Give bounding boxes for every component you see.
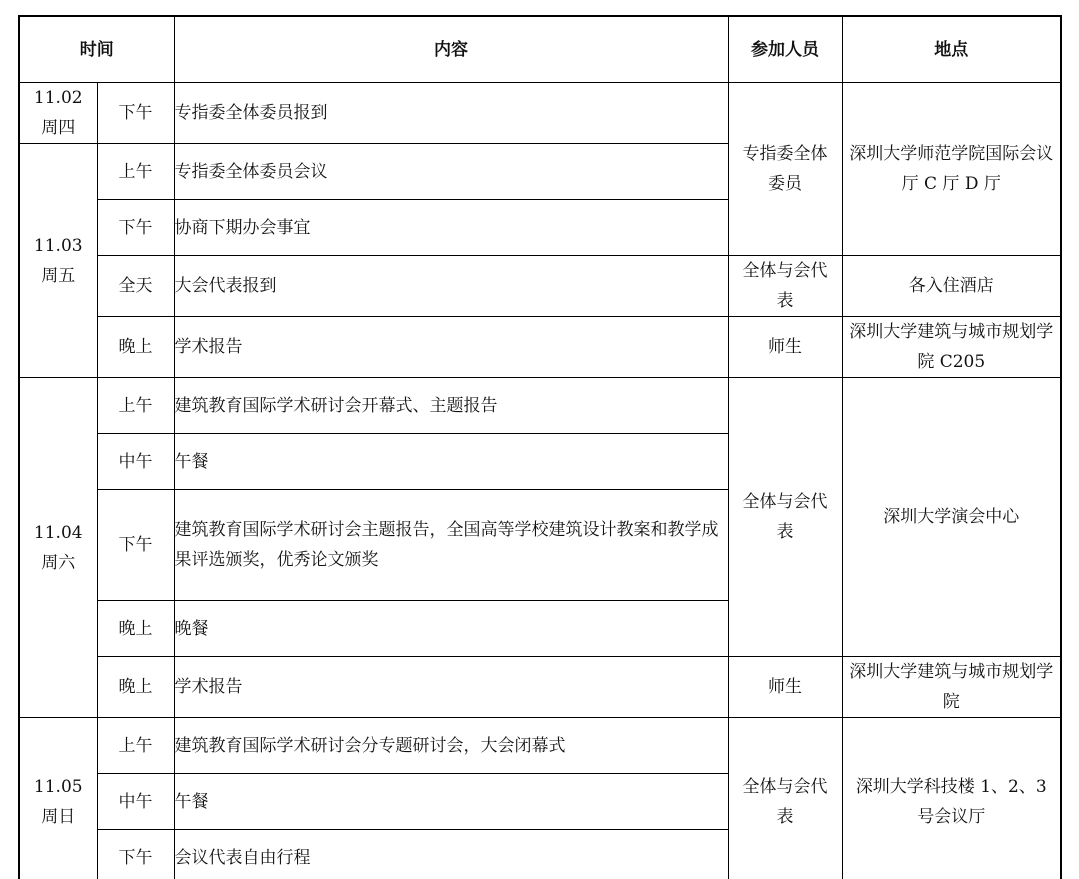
header-row: 时间 内容 参加人员 地点 xyxy=(19,16,1061,83)
participants-cell: 师生 xyxy=(728,657,842,718)
participants-cell: 全体与会代表 xyxy=(728,256,842,317)
content-cell: 建筑教育国际学术研讨会开幕式、主题报告 xyxy=(174,378,728,434)
period-cell: 下午 xyxy=(97,200,174,256)
period-cell: 下午 xyxy=(97,490,174,601)
date-cell: 11.02周四 xyxy=(19,83,97,144)
header-participants: 参加人员 xyxy=(728,16,842,83)
period-cell: 晚上 xyxy=(97,317,174,378)
content-cell: 建筑教育国际学术研讨会主题报告，全国高等学校建筑设计教案和教学成果评选颁奖，优秀… xyxy=(174,490,728,601)
location-cell: 深圳大学演会中心 xyxy=(842,378,1061,657)
date-cell: 11.03周五 xyxy=(19,144,97,378)
table-row: 11.05周日 上午 建筑教育国际学术研讨会分专题研讨会，大会闭幕式 全体与会代… xyxy=(19,718,1061,774)
content-cell: 会议代表自由行程 xyxy=(174,830,728,879)
content-cell: 大会代表报到 xyxy=(174,256,728,317)
content-cell: 建筑教育国际学术研讨会分专题研讨会，大会闭幕式 xyxy=(174,718,728,774)
content-cell: 专指委全体委员会议 xyxy=(174,144,728,200)
header-time: 时间 xyxy=(19,16,174,83)
content-cell: 学术报告 xyxy=(174,657,728,718)
header-content: 内容 xyxy=(174,16,728,83)
location-cell: 深圳大学建筑与城市规划学院 C205 xyxy=(842,317,1061,378)
content-cell: 学术报告 xyxy=(174,317,728,378)
schedule-table: 时间 内容 参加人员 地点 11.02周四 下午 专指委全体委员报到 专指委全体… xyxy=(18,15,1062,879)
period-cell: 全天 xyxy=(97,256,174,317)
date-cell: 11.04周六 xyxy=(19,378,97,718)
location-cell: 深圳大学科技楼 1、2、3 号会议厅 xyxy=(842,718,1061,879)
table-row: 11.04周六 上午 建筑教育国际学术研讨会开幕式、主题报告 全体与会代表 深圳… xyxy=(19,378,1061,434)
participants-cell: 全体与会代表 xyxy=(728,718,842,879)
participants-cell: 专指委全体委员 xyxy=(728,83,842,256)
location-cell: 深圳大学师范学院国际会议厅 C 厅 D 厅 xyxy=(842,83,1061,256)
period-cell: 中午 xyxy=(97,774,174,830)
content-cell: 午餐 xyxy=(174,434,728,490)
period-cell: 晚上 xyxy=(97,601,174,657)
period-cell: 上午 xyxy=(97,144,174,200)
content-cell: 晚餐 xyxy=(174,601,728,657)
table-row: 全天 大会代表报到 全体与会代表 各入住酒店 xyxy=(19,256,1061,317)
period-cell: 晚上 xyxy=(97,657,174,718)
table-row: 晚上 学术报告 师生 深圳大学建筑与城市规划学院 C205 xyxy=(19,317,1061,378)
header-location: 地点 xyxy=(842,16,1061,83)
participants-cell: 全体与会代表 xyxy=(728,378,842,657)
table-row: 11.02周四 下午 专指委全体委员报到 专指委全体委员 深圳大学师范学院国际会… xyxy=(19,83,1061,144)
period-cell: 下午 xyxy=(97,83,174,144)
period-cell: 中午 xyxy=(97,434,174,490)
location-cell: 各入住酒店 xyxy=(842,256,1061,317)
content-cell: 专指委全体委员报到 xyxy=(174,83,728,144)
participants-cell: 师生 xyxy=(728,317,842,378)
period-cell: 上午 xyxy=(97,718,174,774)
content-cell: 午餐 xyxy=(174,774,728,830)
table-row: 晚上 学术报告 师生 深圳大学建筑与城市规划学院 xyxy=(19,657,1061,718)
period-cell: 上午 xyxy=(97,378,174,434)
content-cell: 协商下期办会事宜 xyxy=(174,200,728,256)
date-cell: 11.05周日 xyxy=(19,718,97,879)
location-cell: 深圳大学建筑与城市规划学院 xyxy=(842,657,1061,718)
period-cell: 下午 xyxy=(97,830,174,879)
